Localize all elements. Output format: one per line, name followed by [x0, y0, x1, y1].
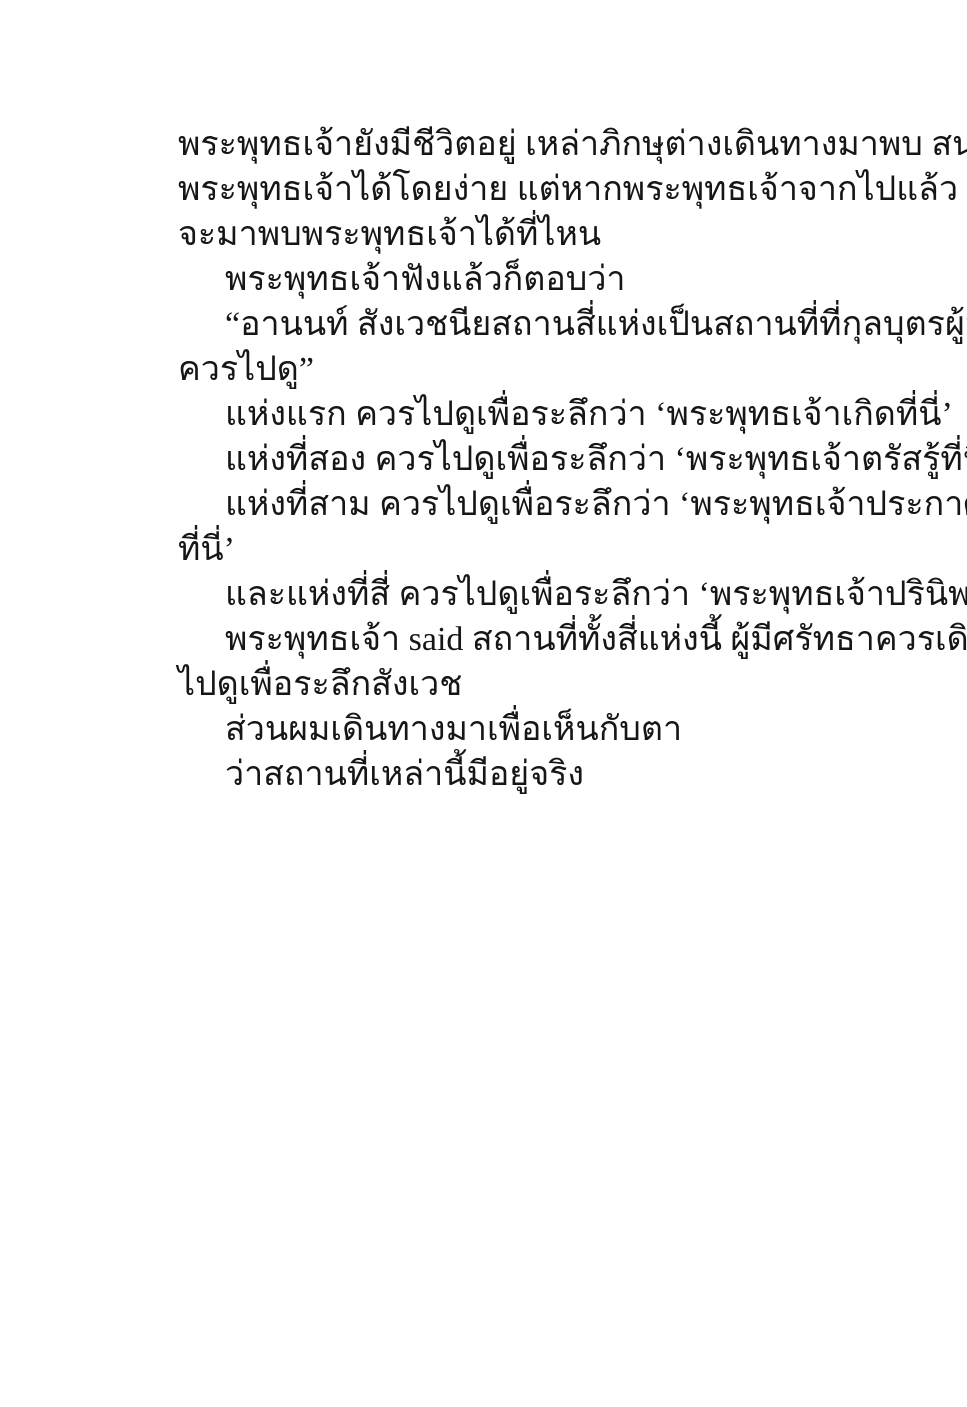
text-line: ที่นี่’ [178, 527, 870, 572]
text-line: พระพุทธเจ้า said สถานที่ทั้งสี่แห่งนี้ ผ… [178, 617, 870, 662]
text-line: พระพุทธเจ้าฟังแล้วก็ตอบว่า [178, 257, 870, 302]
text-line: ไปดูเพื่อระลึกสังเวช [178, 662, 870, 707]
text-line: และแห่งที่สี่ ควรไปดูเพื่อระลึกว่า ‘พระพ… [178, 572, 870, 617]
text-line: แห่งแรก ควรไปดูเพื่อระลึกว่า ‘พระพุทธเจ้… [178, 392, 870, 437]
text-line: ควรไปดู” [178, 347, 870, 392]
text-line: พระพุทธเจ้าได้โดยง่าย แต่หากพระพุทธเจ้าจ… [178, 167, 870, 212]
text-line: “อานนท์ สังเวชนียสถานสี่แห่งเป็นสถานที่ท… [178, 302, 870, 347]
text-line: แห่งที่สาม ควรไปดูเพื่อระลึกว่า ‘พระพุทธ… [178, 482, 870, 527]
text-line: จะมาพบพระพุทธเจ้าได้ที่ไหน [178, 212, 870, 257]
book-page: พระพุทธเจ้ายังมีชีวิตอยู่ เหล่าภิกษุต่าง… [0, 0, 967, 1407]
text-line: ส่วนผมเดินทางมาเพื่อเห็นกับตา [178, 707, 870, 752]
text-line: พระพุทธเจ้ายังมีชีวิตอยู่ เหล่าภิกษุต่าง… [178, 122, 870, 167]
text-line: ว่าสถานที่เหล่านี้มีอยู่จริง [178, 752, 870, 797]
text-block: พระพุทธเจ้ายังมีชีวิตอยู่ เหล่าภิกษุต่าง… [178, 122, 870, 797]
text-line: แห่งที่สอง ควรไปดูเพื่อระลึกว่า ‘พระพุทธ… [178, 437, 870, 482]
